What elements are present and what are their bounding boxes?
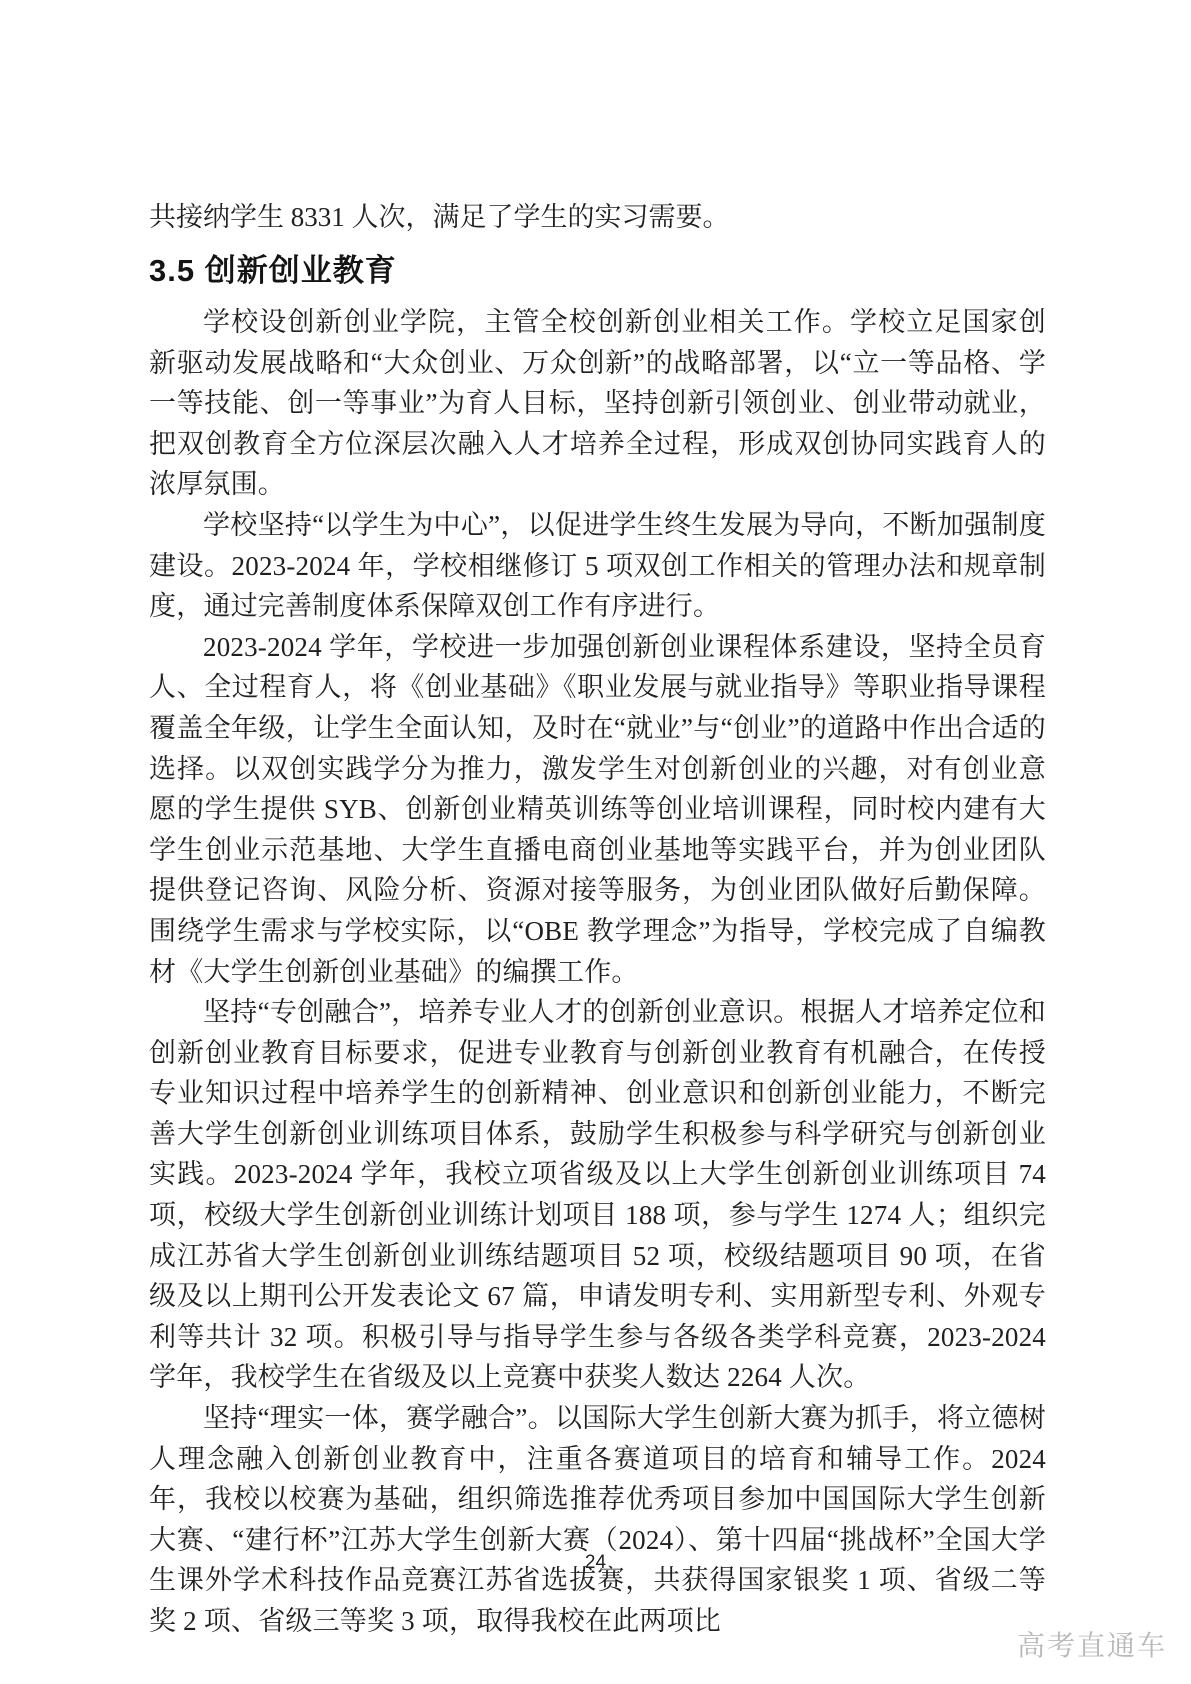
body-paragraph: 坚持“专创融合”，培养专业人才的创新创业意识。根据人才培养定位和创新创业教育目标… bbox=[149, 992, 1046, 1398]
continuation-paragraph: 共接纳学生 8331 人次，满足了学生的实习需要。 bbox=[149, 196, 1046, 238]
page-number: 24 bbox=[0, 1552, 1191, 1574]
watermark-text: 高考直通车 bbox=[1017, 1624, 1167, 1664]
page-content: 共接纳学生 8331 人次，满足了学生的实习需要。 3.5 创新创业教育 学校设… bbox=[149, 196, 1046, 1642]
document-page: 共接纳学生 8331 人次，满足了学生的实习需要。 3.5 创新创业教育 学校设… bbox=[0, 0, 1191, 1684]
section-heading: 3.5 创新创业教育 bbox=[149, 250, 1046, 292]
body-paragraph: 坚持“理实一体，赛学融合”。以国际大学生创新大赛为抓手，将立德树人理念融入创新创… bbox=[149, 1398, 1046, 1642]
body-paragraph: 学校坚持“以学生为中心”，以促进学生终生发展为导向，不断加强制度建设。2023-… bbox=[149, 505, 1046, 627]
body-paragraph: 学校设创新创业学院，主管全校创新创业相关工作。学校立足国家创新驱动发展战略和“大… bbox=[149, 302, 1046, 505]
body-paragraph: 2023-2024 学年，学校进一步加强创新创业课程体系建设，坚持全员育人、全过… bbox=[149, 627, 1046, 992]
